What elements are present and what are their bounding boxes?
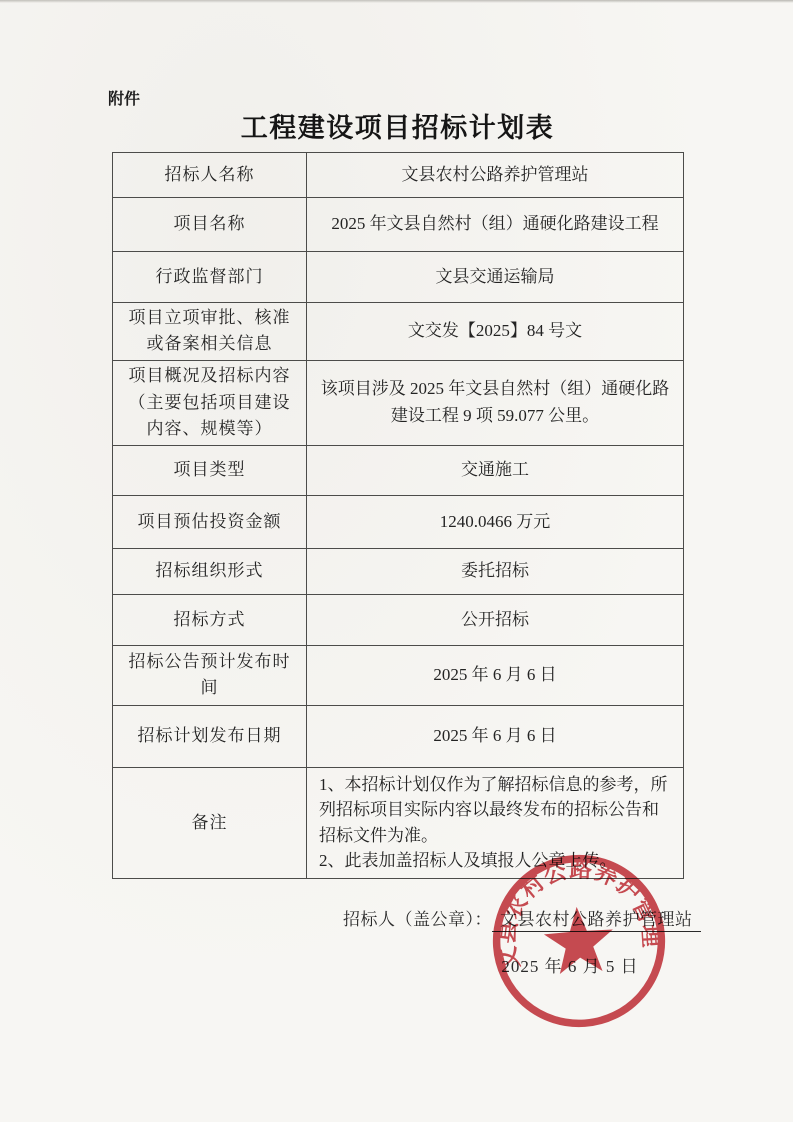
table-row: 项目概况及招标内容（主要包括项目建设内容、规模等） 该项目涉及 2025 年文县…: [113, 360, 684, 445]
table-row: 项目类型 交通施工: [113, 445, 684, 495]
row-value: 文交发【2025】84 号文: [307, 303, 684, 361]
row-label: 招标计划发布日期: [113, 705, 307, 767]
row-label: 招标组织形式: [113, 548, 307, 594]
table-row: 项目名称 2025 年文县自然村（组）通硬化路建设工程: [113, 198, 684, 252]
row-label: 招标公告预计发布时间: [113, 645, 307, 705]
row-value: 2025 年 6 月 6 日: [307, 645, 684, 705]
table-row: 行政监督部门 文县交通运输局: [113, 252, 684, 303]
row-value: 公开招标: [307, 594, 684, 645]
row-value: 2025 年文县自然村（组）通硬化路建设工程: [307, 198, 684, 252]
row-label: 招标人名称: [113, 153, 307, 198]
table-row: 项目立项审批、核准或备案相关信息 文交发【2025】84 号文: [113, 303, 684, 361]
bidding-plan-table: 招标人名称 文县农村公路养护管理站 项目名称 2025 年文县自然村（组）通硬化…: [112, 152, 684, 879]
table-row: 招标方式 公开招标: [113, 594, 684, 645]
official-seal-stamp: 文县农村公路养护管理站: [465, 827, 693, 1055]
row-label: 项目类型: [113, 445, 307, 495]
table-row: 招标人名称 文县农村公路养护管理站: [113, 153, 684, 198]
row-label: 项目概况及招标内容（主要包括项目建设内容、规模等）: [113, 360, 307, 445]
page-title: 工程建设项目招标计划表: [112, 106, 683, 145]
row-label: 项目立项审批、核准或备案相关信息: [113, 303, 307, 361]
row-label: 备注: [113, 767, 307, 878]
row-label: 招标方式: [113, 594, 307, 645]
table-row: 招标计划发布日期 2025 年 6 月 6 日: [113, 705, 684, 767]
row-value: 1240.0466 万元: [307, 495, 684, 548]
row-label: 项目预估投资金额: [113, 495, 307, 548]
row-value: 交通施工: [307, 445, 684, 495]
row-label: 行政监督部门: [113, 252, 307, 303]
row-value: 2025 年 6 月 6 日: [307, 705, 684, 767]
row-label: 项目名称: [113, 198, 307, 252]
scanned-document-page: { "page": { "attachment_label": "附件", "t…: [0, 0, 793, 1122]
star-icon: [542, 904, 616, 974]
scan-edge-artifact: [0, 0, 793, 3]
row-value: 文县交通运输局: [307, 252, 684, 303]
table-row: 项目预估投资金额 1240.0466 万元: [113, 495, 684, 548]
row-value: 该项目涉及 2025 年文县自然村（组）通硬化路建设工程 9 项 59.077 …: [307, 360, 684, 445]
row-value: 文县农村公路养护管理站: [307, 153, 684, 198]
row-value: 委托招标: [307, 548, 684, 594]
table-row: 招标公告预计发布时间 2025 年 6 月 6 日: [113, 645, 684, 705]
table-row: 招标组织形式 委托招标: [113, 548, 684, 594]
